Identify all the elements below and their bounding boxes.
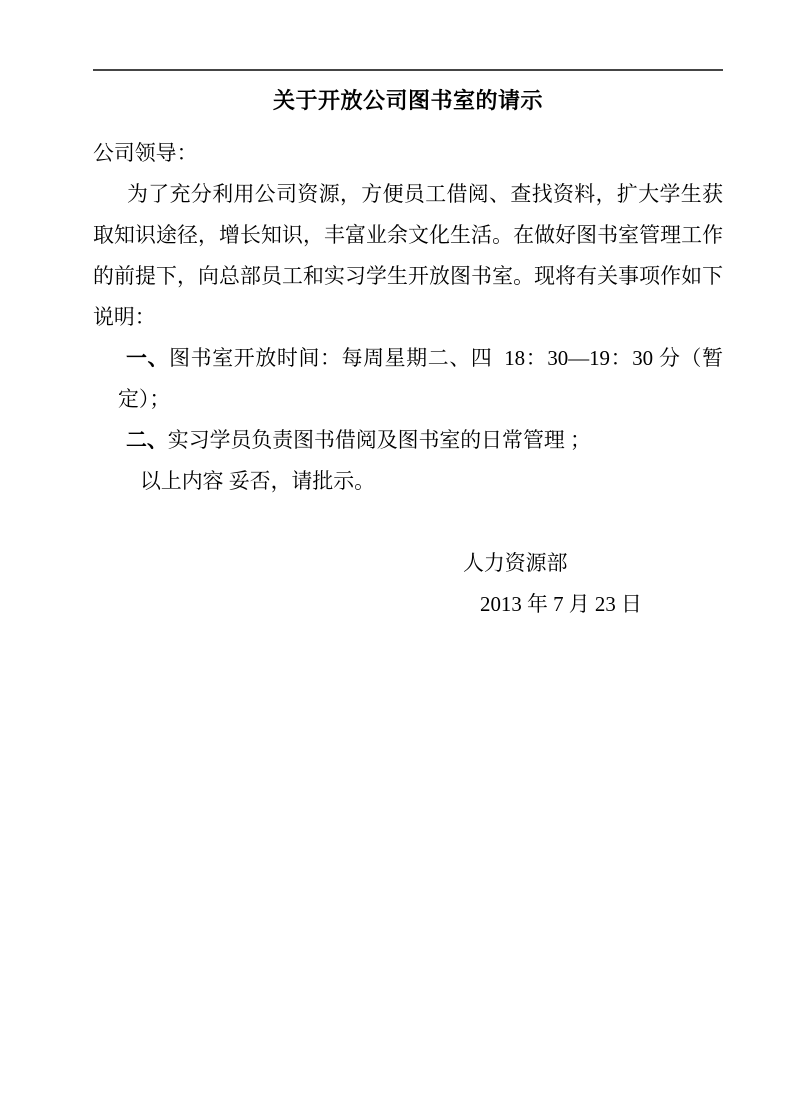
document-body: 公司领导： 为了充分利用公司资源，方便员工借阅、查找资料，扩大学生获取知识途径，… bbox=[93, 133, 723, 625]
document-page: 关于开放公司图书室的请示 公司领导： 为了充分利用公司资源，方便员工借阅、查找资… bbox=[93, 69, 723, 625]
signature-department: 人力资源部 bbox=[93, 543, 723, 584]
header-rule-divider bbox=[93, 69, 723, 71]
intro-paragraph: 为了充分利用公司资源，方便员工借阅、查找资料，扩大学生获取知识途径，增长知识，丰… bbox=[93, 174, 723, 338]
document-title: 关于开放公司图书室的请示 bbox=[93, 84, 723, 118]
list-item-1: 一、图书室开放时间：每周星期二、四 18：30—19：30 分（暂定）； bbox=[118, 338, 723, 420]
list-item-1-marker: 一、 bbox=[126, 346, 169, 370]
list-item-1-text: 图书室开放时间：每周星期二、四 18：30—19：30 分（暂定）； bbox=[118, 346, 723, 411]
list-item-2-text: 实习学员负责图书借阅及图书室的日常管理 ； bbox=[168, 428, 591, 452]
list-item-2: 二、实习学员负责图书借阅及图书室的日常管理 ； bbox=[118, 420, 723, 461]
salutation-line: 公司领导： bbox=[93, 133, 723, 174]
signature-date: 2013 年 7 月 23 日 bbox=[93, 584, 723, 625]
closing-line: 以上内容 妥否，请批示。 bbox=[93, 461, 723, 502]
list-item-2-marker: 二、 bbox=[126, 428, 168, 452]
